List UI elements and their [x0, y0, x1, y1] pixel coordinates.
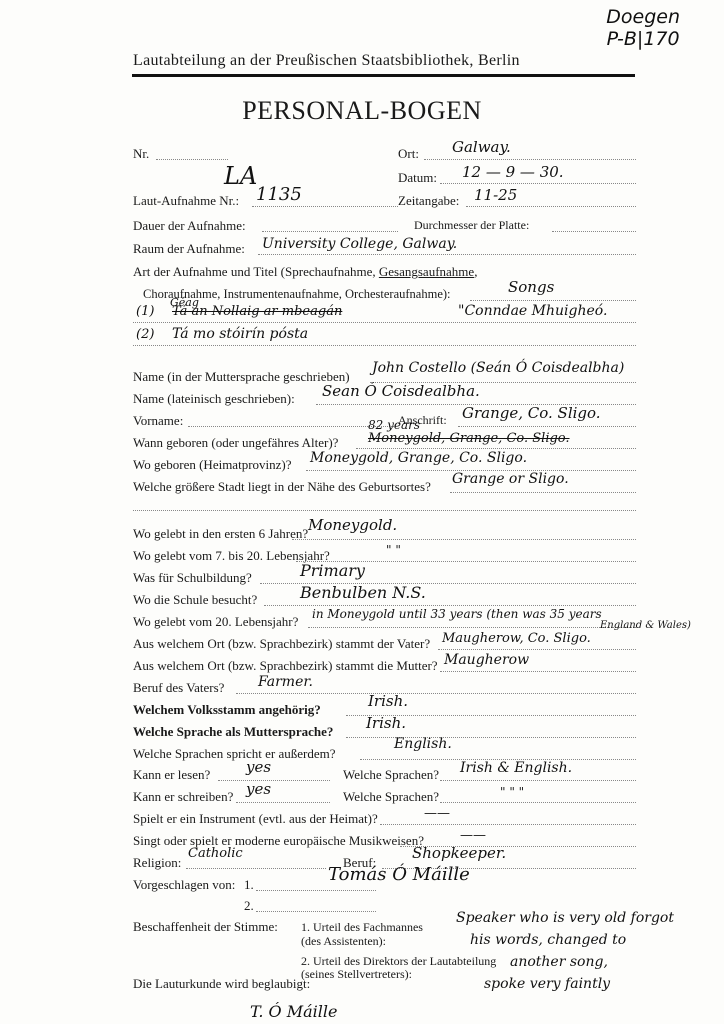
zeitangabe-label: Zeitangabe: [398, 193, 459, 209]
name-muttersprache-label: Name (in der Muttersprache geschrieben) [133, 369, 350, 385]
art-field[interactable] [470, 300, 636, 301]
mutter-ort-field[interactable] [440, 671, 636, 672]
name-lateinisch-value: Sean Ó Coisdealbha. [322, 382, 480, 400]
religion-label: Religion: [133, 855, 181, 871]
art-value: Songs [508, 278, 554, 296]
archive-mark-number: P-B|170 [606, 28, 680, 50]
dauer-label: Dauer der Aufnahme: [133, 218, 246, 234]
dauer-field[interactable] [262, 231, 398, 232]
durchmesser-label: Durchmesser der Platte: [414, 218, 529, 233]
comment-line-2: his words, changed to [470, 932, 626, 948]
vorgeschlagen-label: Vorgeschlagen von: [133, 877, 235, 893]
ab-20-field[interactable] [308, 627, 636, 628]
name-lateinisch-label: Name (lateinisch geschrieben): [133, 391, 295, 407]
jahre-7-20-value: " " [386, 543, 401, 557]
beruf-vater-label: Beruf des Vaters? [133, 680, 224, 696]
volksstamm-value: Irish. [368, 692, 408, 710]
stimme-label: Beschaffenheit der Stimme: [133, 919, 278, 935]
art-label-selected: Gesangsaufnahme [379, 264, 474, 279]
ort-label: Ort: [398, 146, 419, 162]
musik-value: —— [460, 828, 486, 843]
religion-field[interactable] [186, 868, 326, 869]
geboren-label: Wann geboren (oder ungefähres Alter)? [133, 435, 338, 451]
la-prefix: LA [224, 162, 257, 190]
raum-label: Raum der Aufnahme: [133, 241, 245, 257]
stadt-value: Grange or Sligo. [452, 471, 569, 487]
title-1-field[interactable] [133, 322, 636, 323]
nr-field[interactable] [156, 159, 228, 160]
schule-field[interactable] [264, 605, 636, 606]
lesen-sprachen-value: Irish & English. [460, 760, 572, 776]
erste-jahre-label: Wo gelebt in den ersten 6 Jahren? [133, 526, 308, 542]
vorname-field[interactable] [188, 426, 396, 427]
vorgeschlagen-1-value: Tomás Ó Máille [328, 864, 470, 885]
schule-label: Wo die Schule besucht? [133, 592, 257, 608]
separator-line [133, 510, 636, 511]
schulbildung-value: Primary [300, 561, 365, 580]
instrument-field[interactable] [380, 824, 636, 825]
schreiben-label: Kann er schreiben? [133, 789, 233, 805]
raum-value: University College, Galway. [262, 236, 457, 252]
title-2-value: Tá mo stóirín pósta [172, 326, 308, 342]
raum-field[interactable] [258, 254, 636, 255]
beruf-vater-field[interactable] [236, 693, 636, 694]
religion-value: Catholic [188, 846, 243, 861]
ort-field[interactable] [424, 159, 636, 160]
comment-line-3: another song, [510, 954, 608, 970]
title-2-field[interactable] [133, 345, 636, 346]
ab-20-note: England & Wales) [600, 620, 691, 631]
stadt-field[interactable] [450, 492, 636, 493]
beruf-value: Shopkeeper. [412, 844, 506, 862]
name-muttersprache-value: John Costello (Seán Ó Coisdealbha) [372, 360, 624, 376]
geboren-value: 82 years [368, 418, 420, 432]
archive-mark: Doegen P-B|170 [606, 6, 680, 50]
institution-header: Lautabteilung an der Preußischen Staatsb… [133, 52, 633, 70]
zeitangabe-value: 11-25 [474, 186, 517, 204]
art-label-comma: , [474, 264, 477, 279]
instrument-label: Spielt er ein Instrument (evtl. aus der … [133, 811, 378, 827]
geburtsort-value: Moneygold, Grange, Co. Sligo. [310, 450, 527, 466]
title-1-number: (1) [136, 304, 154, 319]
erste-jahre-field[interactable] [292, 539, 636, 540]
schreiben-sprachen-field[interactable] [440, 802, 636, 803]
beruf-vater-value: Farmer. [258, 674, 313, 690]
stadt-label: Welche größere Stadt liegt in der Nähe d… [133, 479, 431, 495]
ab-20-value: in Moneygold until 33 years (then was 35… [312, 607, 602, 621]
schreiben-sprachen-label: Welche Sprachen? [343, 789, 439, 805]
weitere-sprachen-label: Welche Sprachen spricht er außerdem? [133, 746, 336, 762]
musik-label: Singt oder spielt er moderne europäische… [133, 833, 424, 849]
volksstamm-label: Welchem Volksstamm angehörig? [133, 702, 321, 718]
vater-ort-field[interactable] [438, 649, 636, 650]
vorgeschlagen-2-field[interactable] [256, 911, 376, 912]
mutter-ort-value: Maugherow [444, 652, 529, 668]
laut-aufnahme-nr-label: Laut-Aufnahme Nr.: [133, 193, 239, 209]
laut-aufnahme-nr-value: 1135 [256, 184, 302, 205]
lesen-sprachen-label: Welche Sprachen? [343, 767, 439, 783]
vorgeschlagen-1-field[interactable] [256, 890, 376, 891]
durchmesser-field[interactable] [552, 231, 636, 232]
title-1-value: "Conndae Mhuigheó. [458, 303, 607, 319]
erste-jahre-value: Moneygold. [308, 516, 397, 534]
muttersprache-value: Irish. [366, 714, 406, 732]
comment-line-1: Speaker who is very old forgot [456, 910, 674, 926]
vater-ort-value: Maugherow, Co. Sligo. [442, 631, 591, 646]
comment-line-4: spoke very faintly [484, 976, 610, 992]
muttersprache-label: Welche Sprache als Muttersprache? [133, 724, 333, 740]
lesen-sprachen-field[interactable] [440, 780, 636, 781]
archive-mark-name: Doegen [606, 6, 680, 28]
geboren-field[interactable] [356, 448, 636, 449]
art-label: Art der Aufnahme und Titel (Sprechaufnah… [133, 264, 477, 280]
anschrift-value: Grange, Co. Sligo. [462, 404, 601, 422]
lesen-field[interactable] [218, 780, 330, 781]
schreiben-field[interactable] [236, 802, 330, 803]
beglaubigt-label: Die Lauturkunde wird beglaubigt: [133, 976, 310, 992]
title-2-number: (2) [136, 327, 154, 342]
schreiben-value: yes [246, 780, 271, 798]
nr-label: Nr. [133, 146, 149, 162]
mutter-ort-label: Aus welchem Ort (bzw. Sprachbezirk) stam… [133, 658, 438, 674]
geburtsort-label: Wo geboren (Heimatprovinz)? [133, 457, 292, 473]
ab-20-label: Wo gelebt vom 20. Lebensjahr? [133, 614, 298, 630]
datum-label: Datum: [398, 170, 437, 186]
vorgeschlagen-2-number: 2. [244, 898, 254, 914]
schreiben-sprachen-value: " " " [500, 785, 524, 799]
title-1-struck: Tá an Nollaig ar mbeagán [172, 304, 342, 319]
muttersprache-field[interactable] [346, 737, 636, 738]
personal-bogen-form: Doegen P-B|170 Lautabteilung an der Preu… [0, 0, 724, 1024]
urteil-2-line2: (seines Stellvertreters): [301, 967, 412, 982]
lesen-value: yes [246, 758, 271, 776]
lesen-label: Kann er lesen? [133, 767, 210, 783]
datum-field[interactable] [440, 183, 636, 184]
document-title: PERSONAL-BOGEN [0, 96, 724, 126]
laut-aufnahme-nr-field[interactable] [252, 206, 398, 207]
geboren-struck: Moneygold, Grange, Co. Sligo. [368, 431, 570, 446]
urteil-1-line2: (des Assistenten): [301, 934, 386, 949]
datum-value: 12 — 9 — 30. [462, 163, 564, 181]
signature: T. Ó Máille [250, 1002, 337, 1021]
instrument-value: —— [424, 806, 450, 821]
vater-ort-label: Aus welchem Ort (bzw. Sprachbezirk) stam… [133, 636, 430, 652]
schulbildung-label: Was für Schulbildung? [133, 570, 252, 586]
zeitangabe-field[interactable] [466, 206, 636, 207]
anschrift-field[interactable] [458, 426, 636, 427]
art-label-text: Art der Aufnahme und Titel (Sprechaufnah… [133, 264, 379, 279]
header-rule [132, 74, 635, 77]
vorname-label: Vorname: [133, 413, 183, 429]
urteil-1-line1: 1. Urteil des Fachmannes [301, 920, 423, 935]
vorgeschlagen-1-number: 1. [244, 877, 254, 893]
schule-value: Benbulben N.S. [300, 583, 426, 602]
weitere-sprachen-value: English. [394, 736, 452, 752]
ort-value: Galway. [452, 138, 511, 156]
